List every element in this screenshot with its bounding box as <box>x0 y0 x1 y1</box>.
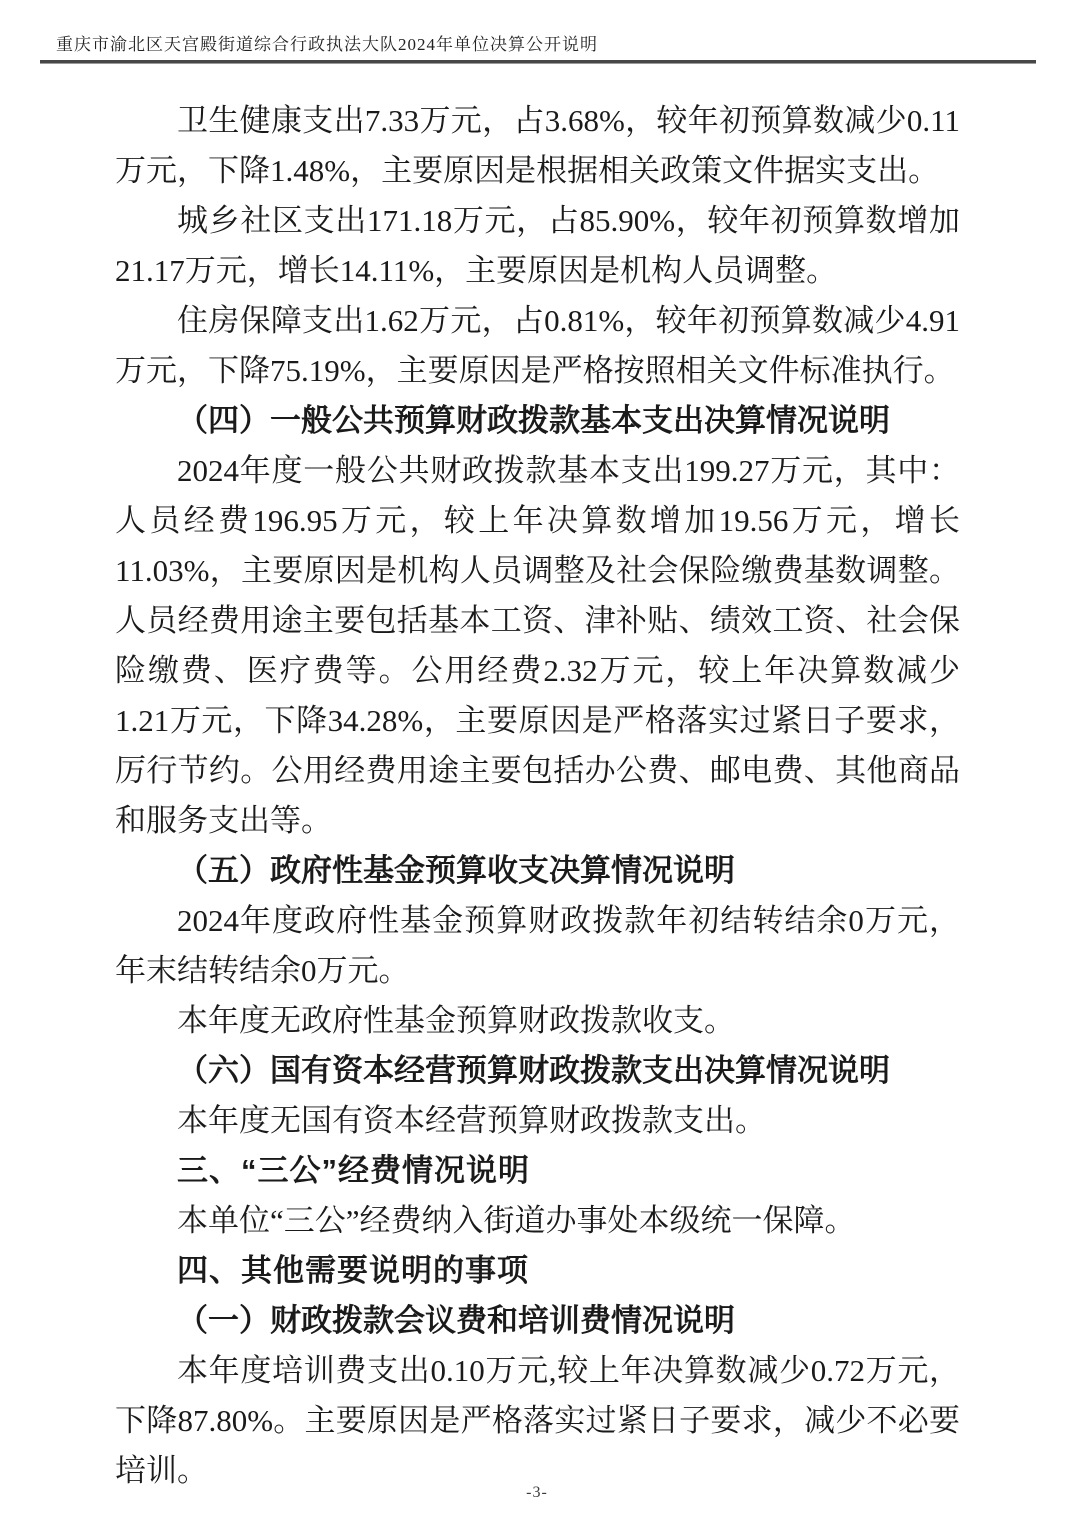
subsection-heading-state-capital: （六）国有资本经营预算财政拨款支出决算情况说明 <box>115 1046 960 1096</box>
paragraph-no-state-capital: 本年度无国有资本经营预算财政拨款支出。 <box>115 1096 960 1146</box>
header-rule <box>40 60 1036 64</box>
subsection-heading-basic-expenditure: （四）一般公共预算财政拨款基本支出决算情况说明 <box>115 396 960 446</box>
paragraph-housing-expenditure: 住房保障支出1.62万元，占0.81%，较年初预算数减少4.91万元，下降75.… <box>115 296 960 396</box>
paragraph-government-fund-balance: 2024年度政府性基金预算财政拨款年初结转结余0万元，年末结转结余0万元。 <box>115 896 960 996</box>
paragraph-urban-rural-expenditure: 城乡社区支出171.18万元，占85.90%，较年初预算数增加21.17万元，增… <box>115 196 960 296</box>
document-body: 卫生健康支出7.33万元，占3.68%，较年初预算数减少0.11万元，下降1.4… <box>115 96 960 1496</box>
page-header: 重庆市渝北区天宫殿街道综合行政执法大队2024年单位决算公开说明 <box>40 30 1036 64</box>
paragraph-basic-expenditure-detail: 2024年度一般公共财政拨款基本支出199.27万元，其中：人员经费196.95… <box>115 446 960 846</box>
subsection-heading-meeting-training: （一）财政拨款会议费和培训费情况说明 <box>115 1296 960 1346</box>
page-number: -3- <box>526 1484 548 1501</box>
document-page: 重庆市渝北区天宫殿街道综合行政执法大队2024年单位决算公开说明 卫生健康支出7… <box>0 0 1074 1520</box>
section-heading-three-public-funds: 三、“三公”经费情况说明 <box>115 1146 960 1196</box>
paragraph-health-expenditure: 卫生健康支出7.33万元，占3.68%，较年初预算数减少0.11万元，下降1.4… <box>115 96 960 196</box>
document-header-title: 重庆市渝北区天宫殿街道综合行政执法大队2024年单位决算公开说明 <box>40 30 1036 60</box>
paragraph-training-expenditure: 本年度培训费支出0.10万元,较上年决算数减少0.72万元，下降87.80%。主… <box>115 1346 960 1496</box>
section-heading-other-matters: 四、其他需要说明的事项 <box>115 1246 960 1296</box>
subsection-heading-government-fund: （五）政府性基金预算收支决算情况说明 <box>115 846 960 896</box>
paragraph-three-public-funds: 本单位“三公”经费纳入街道办事处本级统一保障。 <box>115 1196 960 1246</box>
paragraph-no-government-fund: 本年度无政府性基金预算财政拨款收支。 <box>115 996 960 1046</box>
page-footer: -3- <box>0 1484 1074 1502</box>
